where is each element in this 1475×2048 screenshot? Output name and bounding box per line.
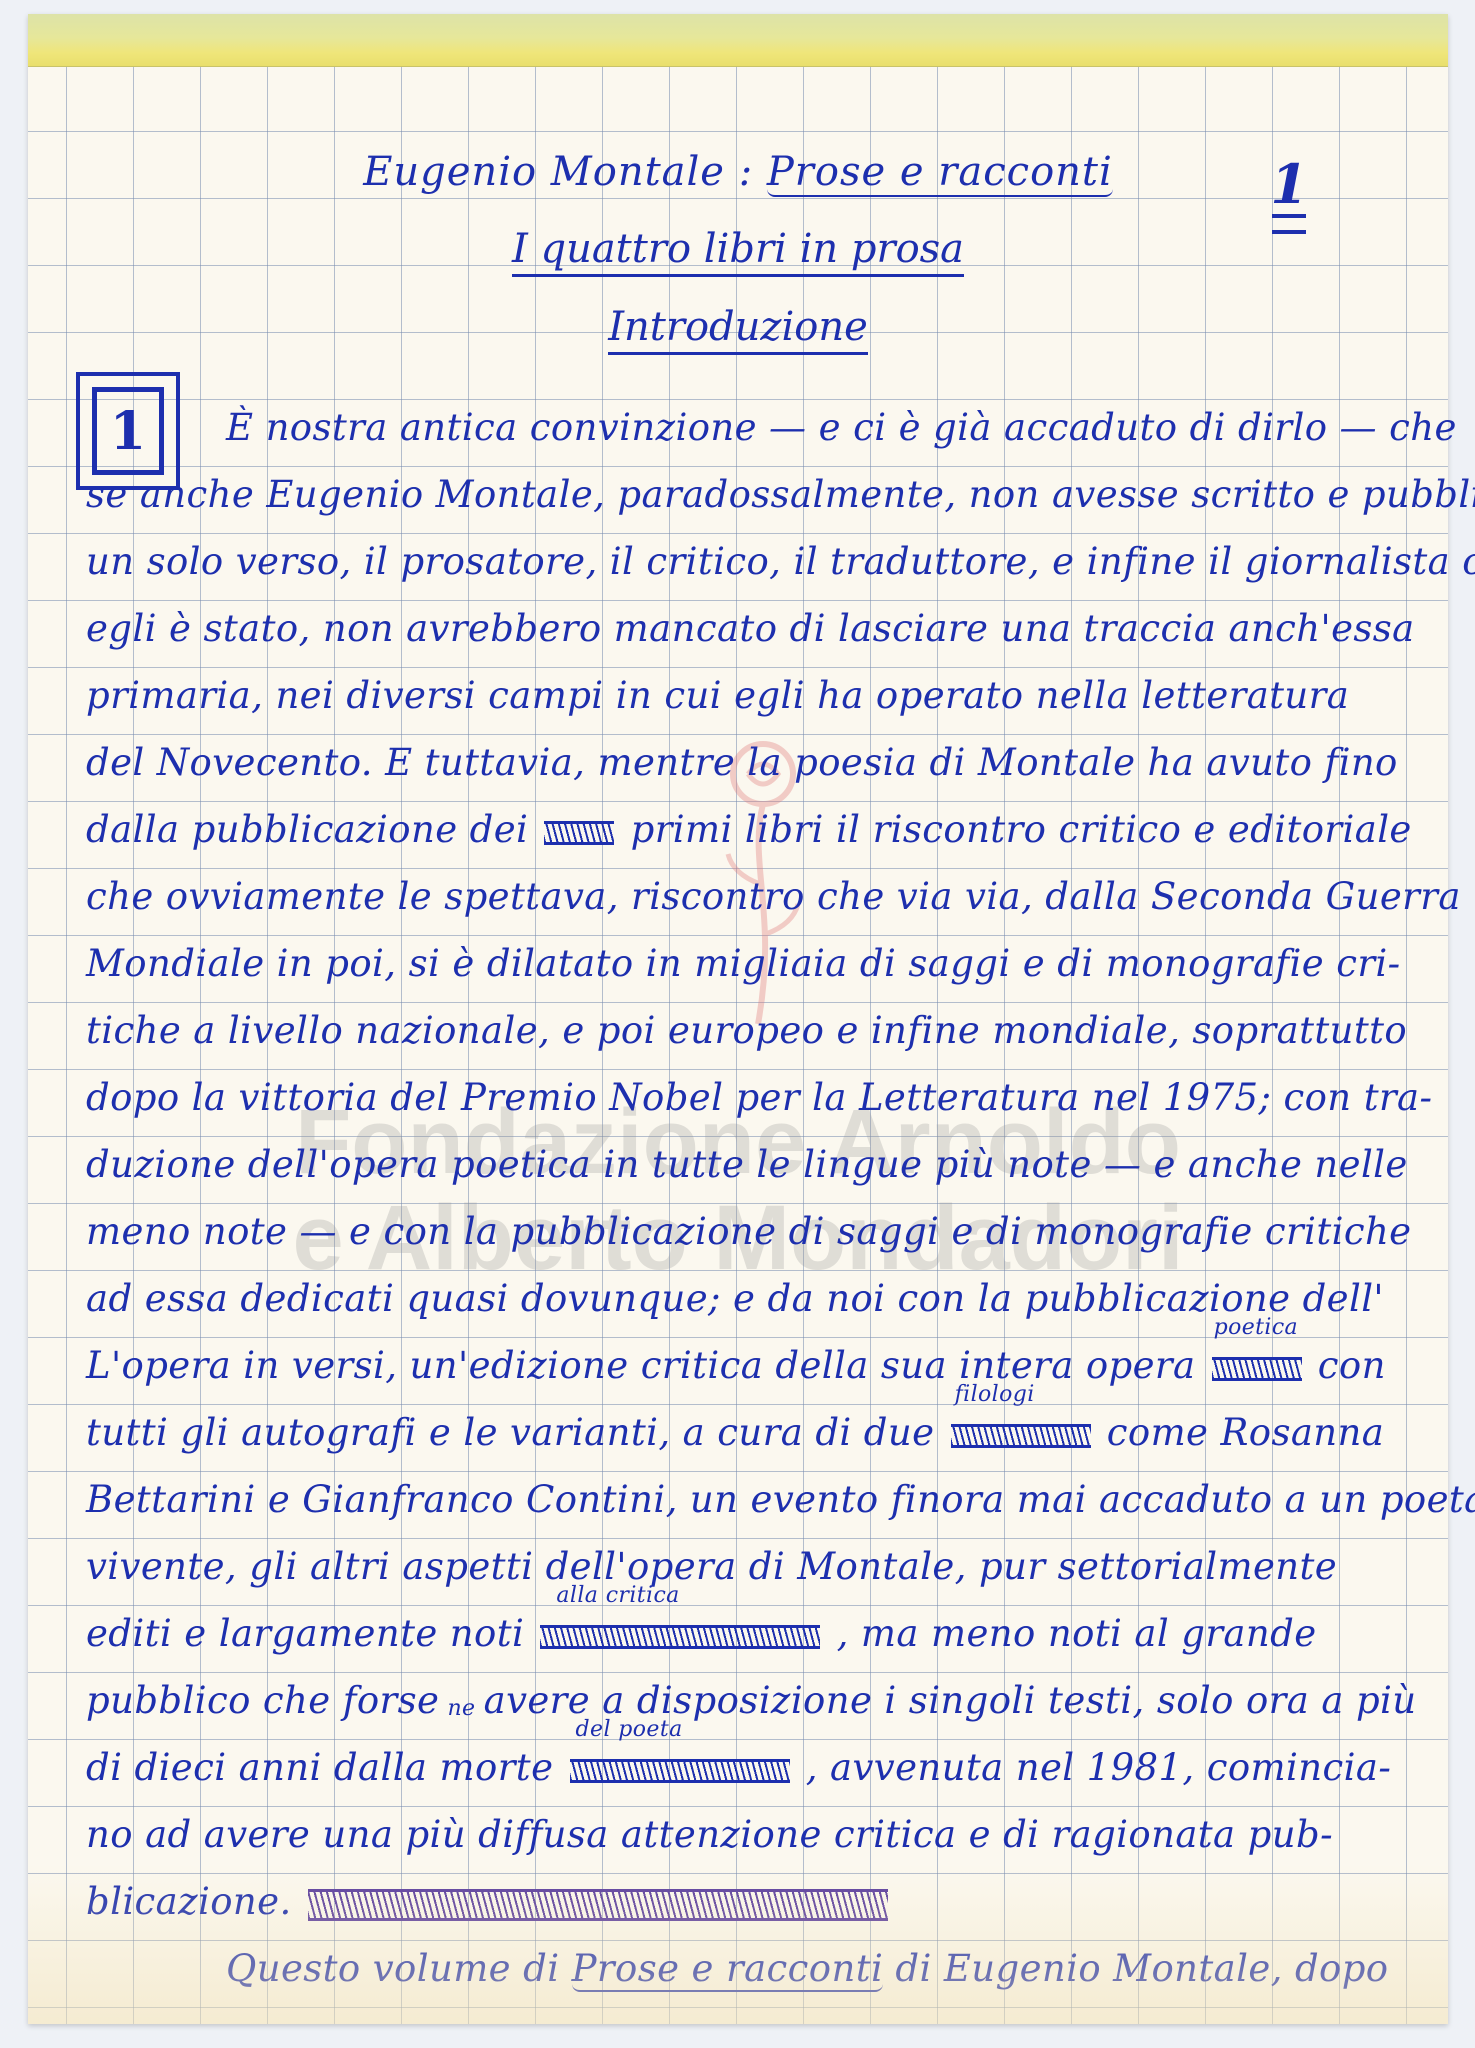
text-line-16-start: tutti gli autografi e le varianti, a cur… — [86, 1411, 934, 1454]
text-line-23: blicazione. — [86, 1868, 1446, 1935]
page-number-double-underline — [1272, 214, 1306, 234]
text-line-7-end: primi libri il riscontro critico e edito… — [631, 808, 1412, 851]
struck-passage — [308, 1889, 888, 1921]
header-work-title: Prose e racconti — [767, 149, 1113, 197]
strikethrough-mark — [951, 1424, 1091, 1448]
text-line-15: L'opera in versi, un'edizione critica de… — [86, 1332, 1446, 1399]
text-line-12: duzione dell'opera poetica in tutte le l… — [86, 1131, 1446, 1198]
text-line-5: primaria, nei diversi campi in cui egli … — [86, 662, 1446, 729]
header-subtitle-line: I quattro libri in prosa — [28, 210, 1448, 288]
strikethrough-mark — [544, 821, 614, 845]
correction-insert: del poeta — [566, 1734, 794, 1801]
text-line-24-end: di Eugenio Montale, dopo — [895, 1947, 1388, 1990]
adhesive-tape-strip — [28, 14, 1448, 67]
text-line-22: no ad avere una più diffusa attenzione c… — [86, 1801, 1446, 1868]
insert-text: poetica — [1214, 1316, 1298, 1340]
strikethrough-mark — [540, 1625, 820, 1649]
text-line-4: egli è stato, non avrebbero mancato di l… — [86, 595, 1446, 662]
page-number: 1 — [1270, 154, 1308, 234]
text-line-1: È nostra antica convinzione — e ci è già… — [86, 394, 1446, 461]
header-separator: : — [739, 149, 753, 195]
header-section-title: Introduzione — [608, 304, 868, 355]
text-line-17: Bettarini e Gianfranco Contini, un event… — [86, 1466, 1446, 1533]
text-line-18: vivente, gli altri aspetti dell'opera di… — [86, 1533, 1446, 1600]
text-line-16: tutti gli autografi e le varianti, a cur… — [86, 1399, 1446, 1466]
document-header: Eugenio Montale : Prose e racconti I qua… — [28, 134, 1448, 366]
insert-text: ne — [447, 1697, 475, 1721]
header-subtitle: I quattro libri in prosa — [512, 226, 964, 277]
text-line-23-start: blicazione. — [86, 1880, 292, 1923]
text-line-19-start: editi e largamente noti — [86, 1612, 524, 1655]
text-line-7-start: dalla pubblicazione dei — [86, 808, 528, 851]
text-line-3: un solo verso, il prosatore, il critico,… — [86, 528, 1446, 595]
text-line-7: dalla pubblicazione dei primi libri il r… — [86, 796, 1446, 863]
text-line-21: di dieci anni dalla morte del poeta , av… — [86, 1734, 1446, 1801]
text-line-19: editi e largamente noti alla critica , m… — [86, 1600, 1446, 1667]
text-line-15-end: con — [1318, 1344, 1386, 1387]
text-line-19-end: , ma meno noti al grande — [837, 1612, 1317, 1655]
text-line-2: se anche Eugenio Montale, paradossalment… — [86, 461, 1446, 528]
correction-insert: poetica — [1208, 1332, 1306, 1399]
strikethrough-mark — [570, 1759, 790, 1783]
header-section-line: Introduzione — [28, 288, 1448, 366]
insert-text: filologi — [955, 1383, 1035, 1407]
insert-text: alla critica — [556, 1584, 679, 1608]
text-line-20: pubblico che forse ne avere a disposizio… — [86, 1667, 1446, 1734]
insert-text: del poeta — [576, 1718, 683, 1742]
text-line-24: Questo volume di Prose e racconti di Eug… — [86, 1935, 1446, 2002]
text-line-20-end: avere a disposizione i singoli testi, so… — [484, 1679, 1417, 1722]
page-number-value: 1 — [1270, 152, 1308, 216]
work-title-reference: Prose e racconti — [572, 1947, 884, 1992]
text-line-21-start: di dieci anni dalla morte — [86, 1746, 553, 1789]
text-line-13: meno note — e con la pubblicazione di sa… — [86, 1198, 1446, 1265]
text-line-10: tiche a livello nazionale, e poi europeo… — [86, 997, 1446, 1064]
text-line-20-start: pubblico che forse — [86, 1679, 439, 1722]
manuscript-sheet: Fondazione Arnoldo e Alberto Mondadori E… — [28, 14, 1448, 2024]
header-title-line: Eugenio Montale : Prose e racconti — [28, 134, 1448, 210]
correction-insert: filologi — [947, 1399, 1095, 1466]
correction-insert: alla critica — [536, 1600, 824, 1667]
text-line-21-end: , avvenuta nel 1981, comincia- — [806, 1746, 1392, 1789]
text-line-11: dopo la vittoria del Premio Nobel per la… — [86, 1064, 1446, 1131]
text-line-24-start: Questo volume di — [226, 1947, 559, 1990]
manuscript-body: È nostra antica convinzione — e ci è già… — [86, 394, 1446, 2002]
text-line-16-end: come Rosanna — [1107, 1411, 1384, 1454]
text-line-8: che ovviamente le spettava, riscontro ch… — [86, 863, 1446, 930]
text-line-15-start: L'opera in versi, un'edizione critica de… — [86, 1344, 1195, 1387]
strikethrough-mark — [1212, 1357, 1302, 1381]
text-line-6: del Novecento. E tuttavia, mentre la poe… — [86, 729, 1446, 796]
header-author: Eugenio Montale — [363, 149, 725, 195]
text-line-9: Mondiale in poi, si è dilatato in miglia… — [86, 930, 1446, 997]
